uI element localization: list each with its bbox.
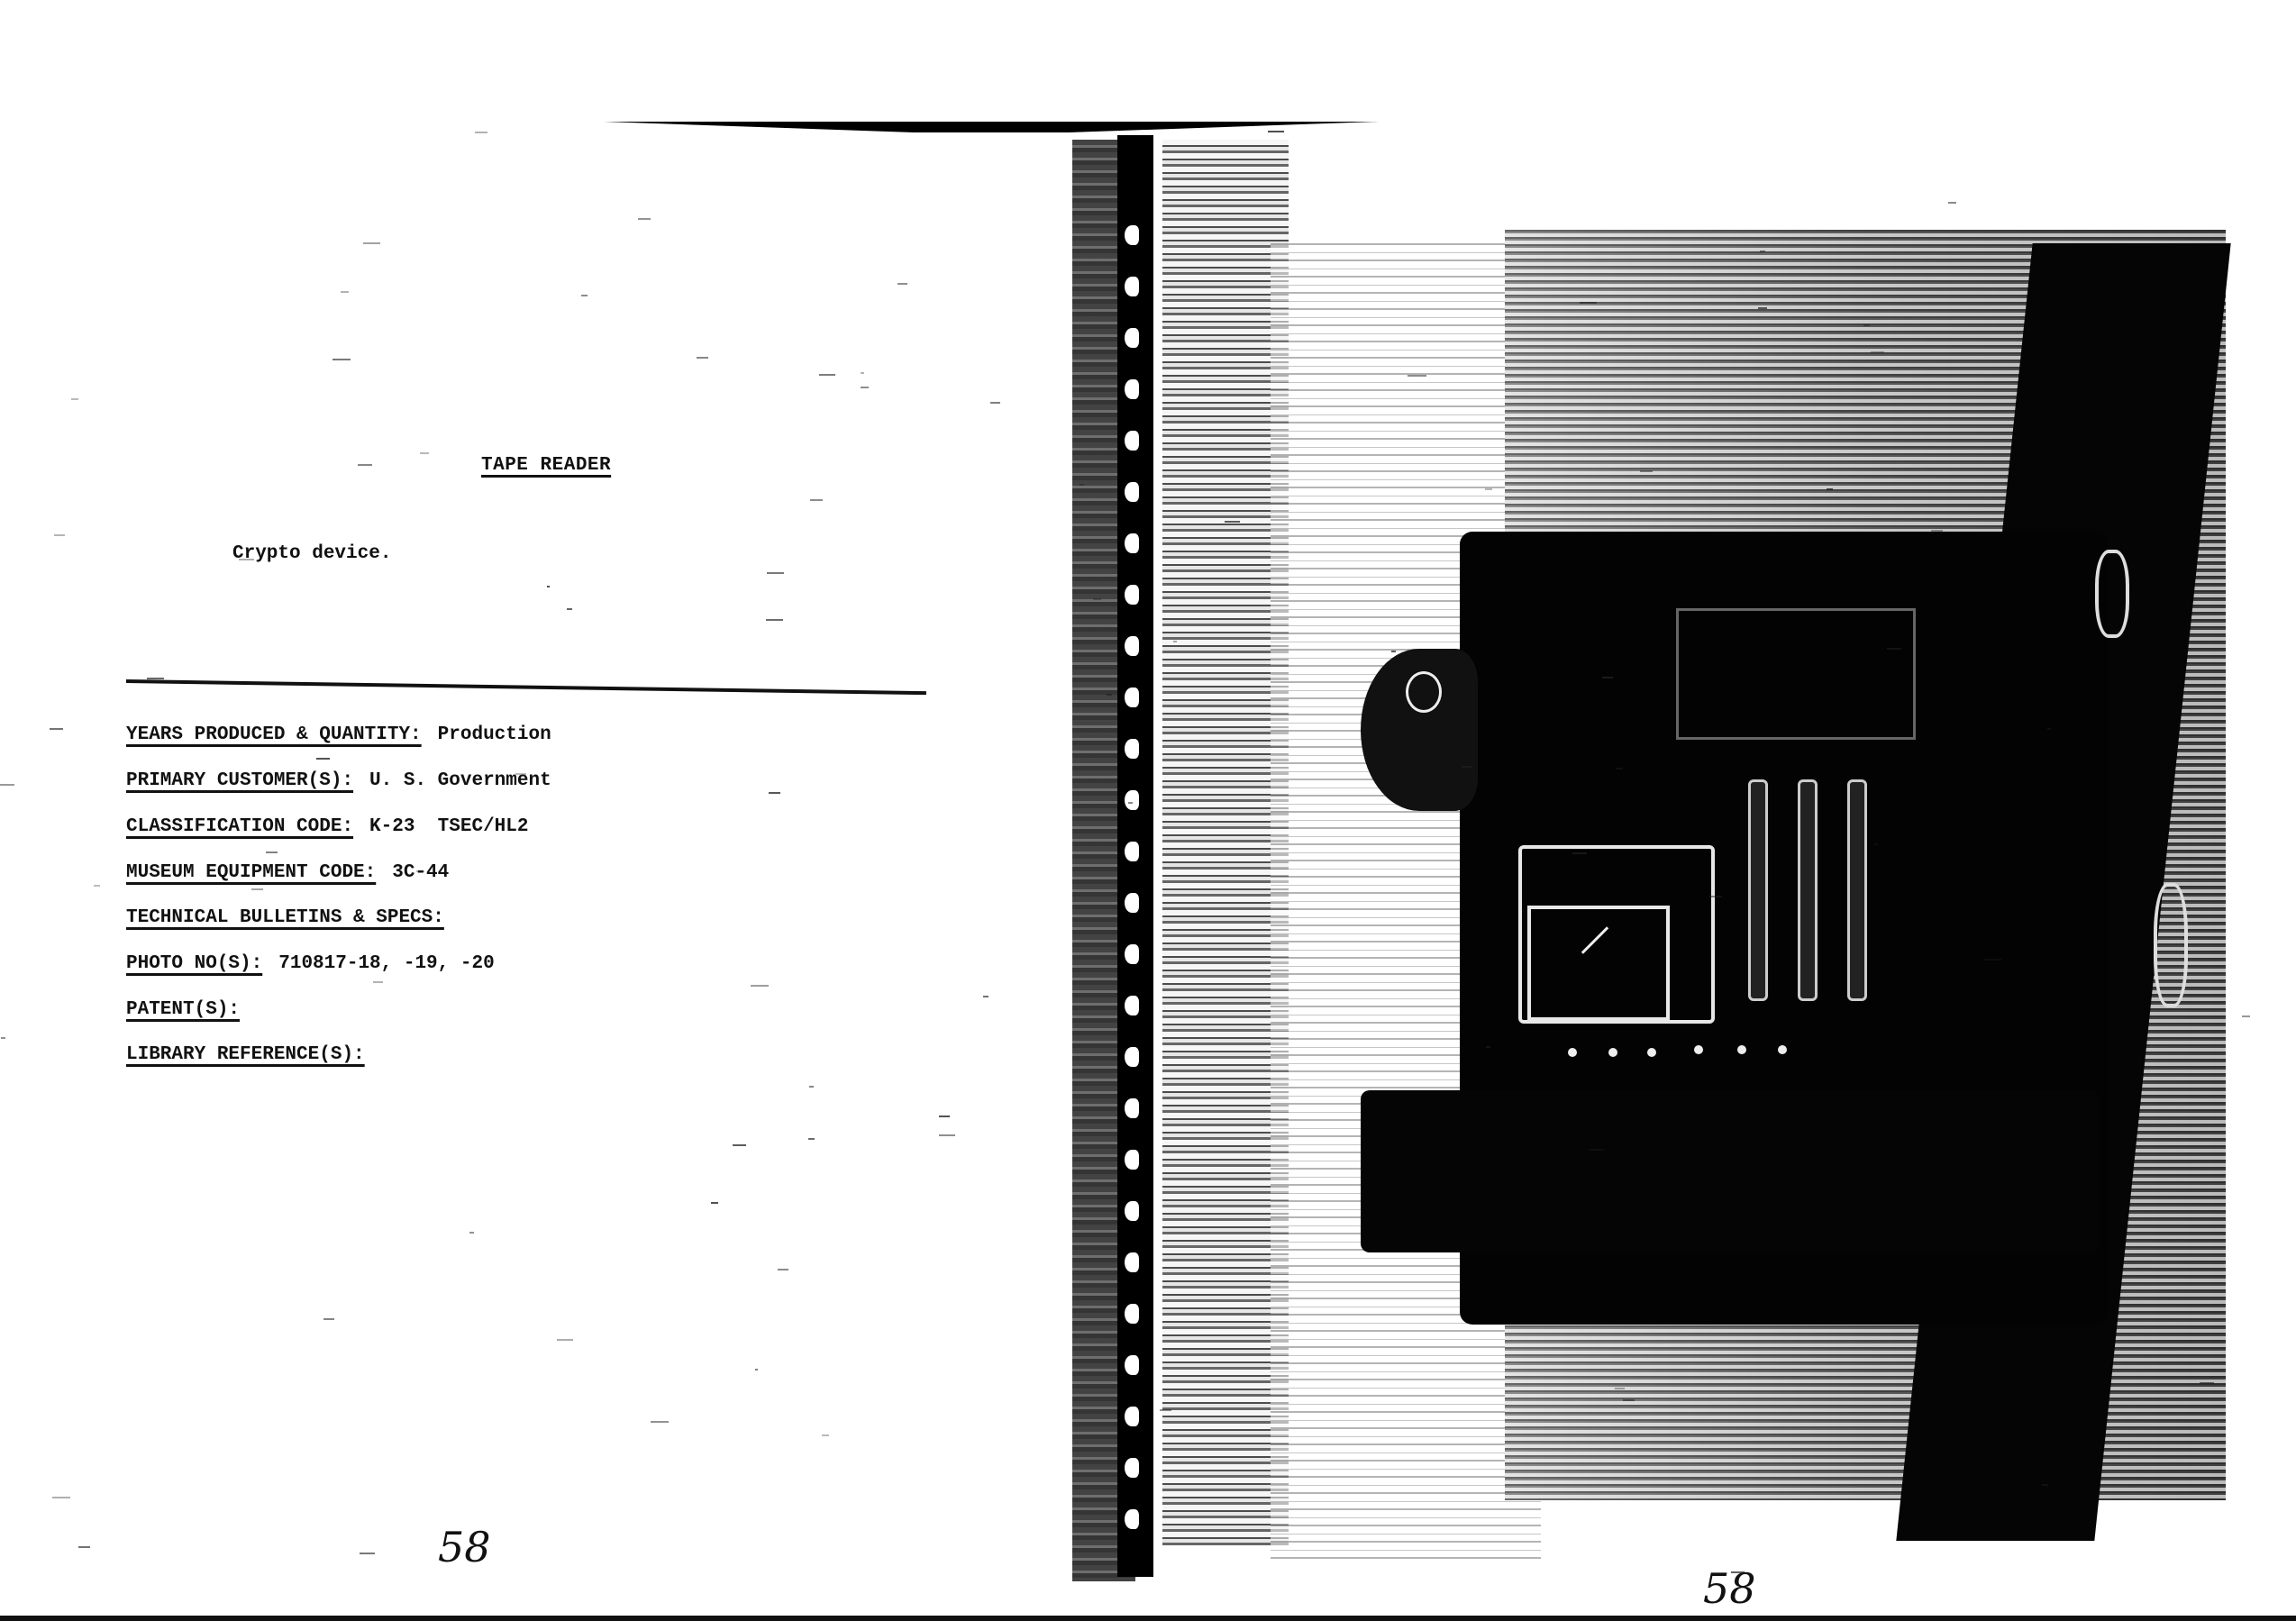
document-title: TAPE READER [481,455,611,476]
sprocket-hole [1125,379,1139,399]
sprocket-hole [1125,1355,1139,1375]
field-classification-code: CLASSIFICATION CODE:K-23 TSEC/HL2 [126,816,528,837]
speck [323,1318,333,1320]
speck [939,1116,949,1117]
speck [861,372,864,374]
device-description: Crypto device. [232,543,391,564]
speck [547,586,550,587]
speck [1391,651,1395,652]
field-label: PATENT(S): [126,999,240,1020]
sprocket-hole [1125,944,1139,964]
speck [469,1232,473,1234]
speck [822,1434,829,1436]
sprocket-hole [1125,1150,1139,1170]
field-label: TECHNICAL BULLETINS & SPECS: [126,907,444,928]
sprocket-hole [1125,431,1139,451]
speck [1863,324,1870,326]
handwritten-page-number: 58 [438,1523,491,1571]
speck [751,985,769,987]
halftone-noise [1162,140,1289,1545]
speck [897,283,908,285]
sprocket-hole [1125,790,1139,810]
speck [496,732,498,733]
speck [1827,488,1833,490]
speck [697,357,708,359]
speck [1931,530,1944,532]
speck [1709,896,1722,897]
tape-roller [2154,883,2188,1007]
speck [778,1269,788,1270]
bolt-icon [1608,1048,1617,1057]
speck [50,728,63,730]
speck [651,1421,669,1423]
speck [638,218,651,220]
field-label: CLASSIFICATION CODE: [126,816,353,837]
sprocket-hole [1125,328,1139,348]
speck [71,398,78,400]
speck [809,1086,813,1088]
speck [1873,843,1878,845]
speck [1,1037,5,1039]
scanned-page: TAPE READER Crypto device. YEARS PRODUCE… [0,0,2296,1621]
speck [1758,307,1767,309]
speck [983,996,989,997]
speck [373,981,383,983]
film-edge-shadow [604,122,1379,132]
field-label: YEARS PRODUCED & QUANTITY: [126,724,422,745]
speck [1173,641,1177,642]
speck [990,402,1000,404]
speck [1486,1046,1490,1048]
speck [1160,1409,1172,1411]
speck [363,242,381,244]
field-patents: PATENT(S): [126,999,256,1020]
vent-slot [1748,779,1768,1001]
speck [1640,470,1653,472]
speck [94,885,100,887]
knob-center-icon [1406,671,1442,713]
speck [767,572,784,574]
sprocket-hole [1125,1047,1139,1067]
speck [1871,351,1884,353]
speck [78,1546,90,1548]
speck [1128,802,1134,804]
field-museum-equipment-code: MUSEUM EQUIPMENT CODE:3C-44 [126,862,449,883]
speck [1602,677,1614,678]
sprocket-hole [1125,533,1139,553]
device-photograph [1063,117,2235,1577]
speck [341,291,349,293]
speck [810,499,823,501]
sprocket-hole [1125,585,1139,605]
speck [2242,1015,2250,1017]
field-primary-customer: PRIMARY CUSTOMER(S):U. S. Government [126,770,551,791]
speck [239,559,254,560]
speck [1589,1149,1604,1151]
speck [557,1339,573,1341]
speck [416,870,424,872]
field-label: MUSEUM EQUIPMENT CODE: [126,862,376,883]
bolt-icon [1778,1045,1787,1054]
speck [861,387,869,388]
speck [1268,131,1284,132]
speck [358,464,372,466]
speck [147,678,165,679]
device-lower-chassis [1361,1090,2100,1252]
sprocket-hole [1125,1201,1139,1221]
speck [755,1369,759,1371]
horizontal-divider [126,679,926,695]
speck [819,374,834,376]
sprocket-hole [1125,996,1139,1015]
speck [1572,852,1587,854]
speck [711,1202,718,1204]
speck [1093,598,1101,600]
field-years-produced: YEARS PRODUCED & QUANTITY:Production [126,724,551,745]
sprocket-hole [1125,739,1139,759]
speck [360,1553,376,1554]
sprocket-hole [1125,1098,1139,1118]
device-panel [1676,608,1916,740]
speck [0,784,14,786]
tape-roller [2095,550,2129,638]
field-photo-numbers: PHOTO NO(S):710817-18, -19, -20 [126,953,495,974]
speck [1615,1388,1625,1389]
field-value: Production [438,724,551,745]
bolt-icon [1568,1048,1577,1057]
speck [1887,648,1901,650]
sprocket-hole [1125,842,1139,861]
speck [316,758,330,760]
sprocket-hole [1125,1252,1139,1272]
speck [54,534,65,536]
sprocket-hole [1125,1304,1139,1324]
bolt-icon [1694,1045,1703,1054]
speck [1225,521,1240,523]
field-technical-bulletins: TECHNICAL BULLETINS & SPECS: [126,907,460,928]
speck [1408,375,1426,377]
sprocket-hole [1125,688,1139,707]
speck [2047,728,2052,730]
sprocket-hole [1125,482,1139,502]
speck [939,1134,956,1136]
speck [766,619,784,621]
sprocket-hole [1125,277,1139,296]
speck [420,452,429,454]
speck [251,888,263,890]
vent-slot [1847,779,1867,1001]
speck [1948,202,1957,204]
sprocket-hole [1125,636,1139,656]
field-library-references: LIBRARY REFERENCE(S): [126,1044,381,1065]
speck [581,295,588,296]
sprocket-hole [1125,1407,1139,1426]
speck [1760,250,1765,252]
field-value: 710817-18, -19, -20 [278,953,494,974]
sprocket-hole [1125,893,1139,913]
speck [1485,488,1491,490]
speck [266,851,278,853]
film-sprocket-holes [1125,225,1146,1559]
speck [567,608,572,610]
speck [733,1144,746,1146]
sprocket-hole [1125,1509,1139,1529]
field-label: LIBRARY REFERENCE(S): [126,1044,365,1065]
field-value: 3C-44 [392,862,449,883]
speck [1731,1571,1744,1573]
speck [1107,694,1112,696]
meter-window [1527,906,1670,1021]
speck [333,359,351,360]
speck [769,792,780,794]
speck [1080,484,1084,486]
bolt-icon [1647,1048,1656,1057]
field-label: PHOTO NO(S): [126,953,262,974]
sprocket-hole [1125,1458,1139,1478]
field-value: K-23 TSEC/HL2 [369,816,528,837]
speck [515,773,527,775]
scan-bottom-edge [0,1616,2296,1621]
speck [1580,302,1597,304]
speck [2042,1484,2048,1486]
speck [2200,1382,2214,1384]
field-label: PRIMARY CUSTOMER(S): [126,770,353,791]
vent-slot [1798,779,1818,1001]
sprocket-hole [1125,225,1139,245]
bolt-icon [1737,1045,1746,1054]
speck [52,1497,70,1498]
speck [1983,959,2000,961]
speck [1616,768,1623,770]
speck [475,132,487,133]
speck [808,1138,815,1140]
handwritten-page-number-cropped: 58 [1703,1564,1756,1604]
speck [1623,1399,1635,1401]
speck [1462,766,1472,768]
